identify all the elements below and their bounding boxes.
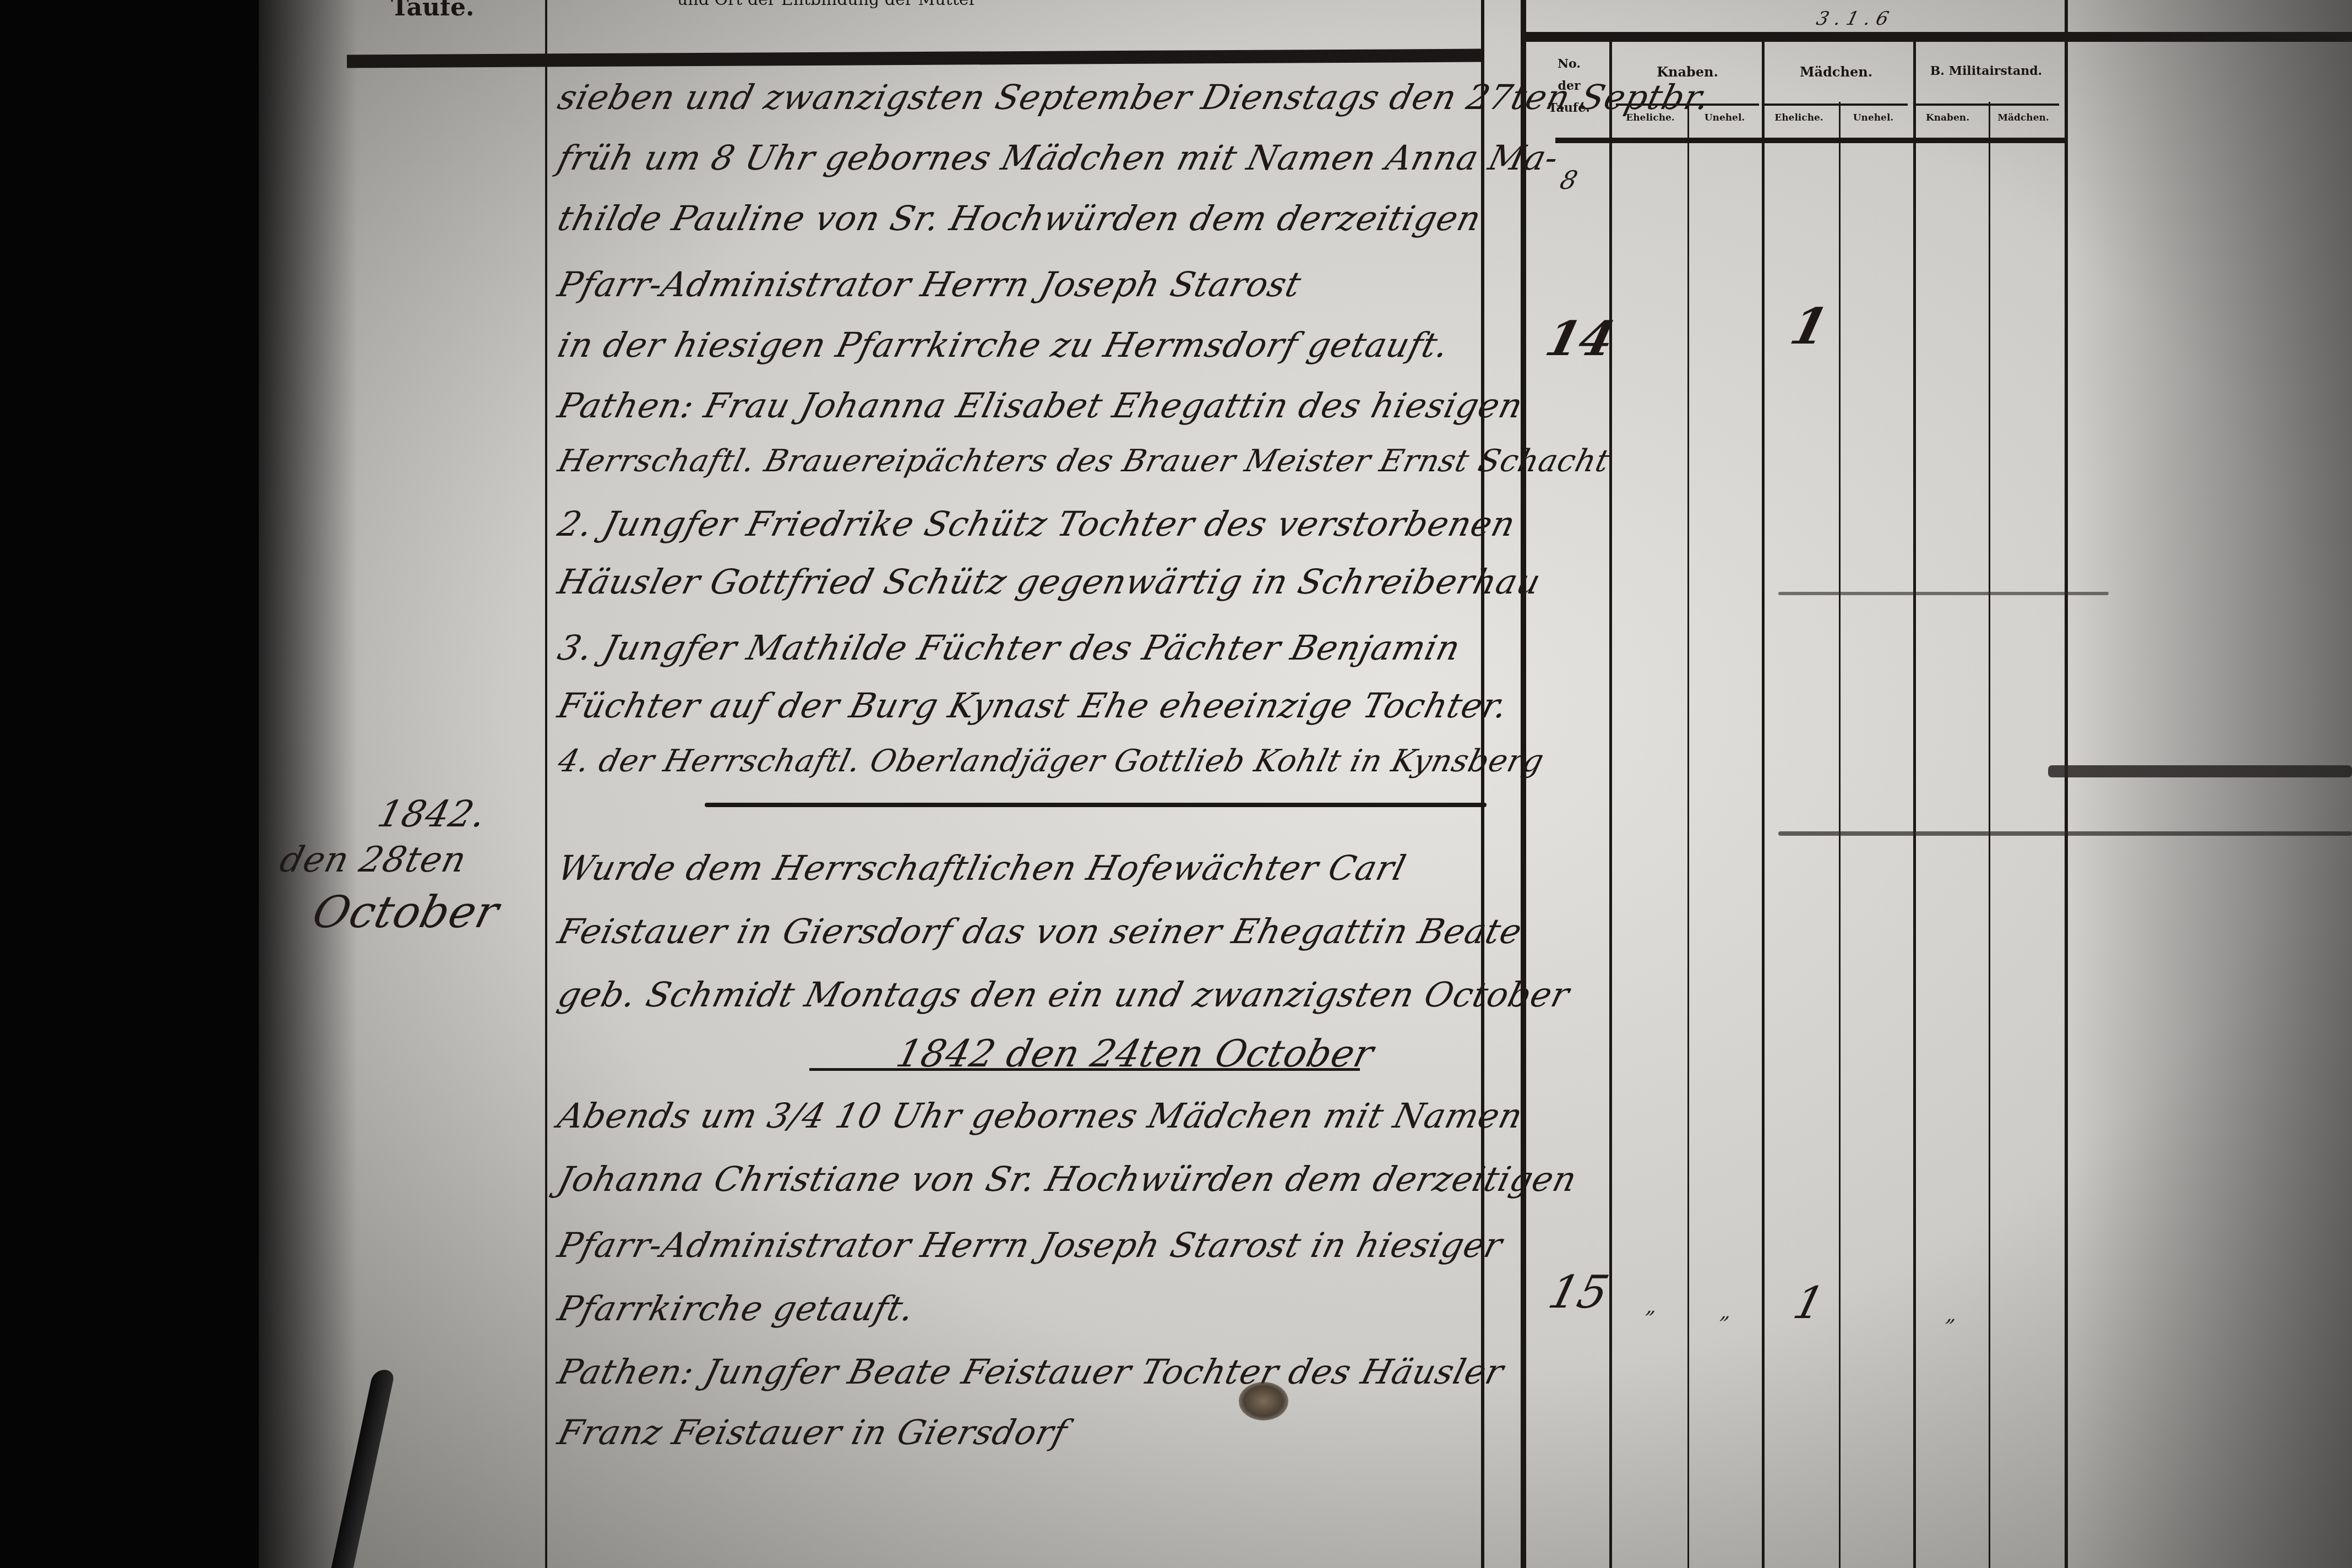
entry1-line: Häusler Gottfried Schütz gegenwärtig in … xyxy=(554,562,1545,602)
entry-separator xyxy=(705,803,1487,807)
left-margin-rule xyxy=(545,0,547,1568)
center-rule-right xyxy=(1521,0,1526,1568)
left-column-header: Taufe. xyxy=(391,0,474,21)
paper-damage-streak xyxy=(1778,592,2109,595)
table-header-bottom-rule xyxy=(1555,138,2067,143)
col-line-knaben-split xyxy=(1687,102,1689,1568)
entry1-line: Pathen: Frau Johanna Elisabet Ehegattin … xyxy=(554,385,1527,426)
entry2-line: Pfarr-Administrator Herrn Joseph Starost… xyxy=(554,1225,1507,1265)
entry2-date-underline xyxy=(809,1068,1360,1071)
group-subrule-2 xyxy=(1765,104,1908,106)
mil-knaben-label: Knaben. xyxy=(1910,112,1985,123)
col-line-knaben-end xyxy=(1762,42,1765,1568)
ink-stain xyxy=(1239,1382,1288,1420)
entry15-knaben-unehel: ” xyxy=(1715,1313,1731,1336)
entry2-line: Feistauer in Giersdorf das von seiner Eh… xyxy=(554,911,1526,951)
mil-maedchen-label: Mädchen. xyxy=(1985,112,2062,123)
entry1-line: Füchter auf der Burg Kynast Ehe eheeinzi… xyxy=(554,685,1512,726)
entry1-line: in der hiesigen Pfarrkirche zu Hermsdorf… xyxy=(554,325,1453,365)
entry1-line: früh um 8 Uhr gebornes Mädchen mit Namen… xyxy=(554,138,1563,178)
entry1-line: 2. Jungfer Friedrike Schütz Tochter des … xyxy=(554,504,1520,544)
paper-damage-streak xyxy=(2048,765,2352,777)
entry-no-15: 15 xyxy=(1543,1266,1614,1319)
entry1-line: thilde Pauline von Sr. Hochwürden dem de… xyxy=(554,198,1485,238)
col-line-no xyxy=(1609,42,1612,1568)
entry2-line: Franz Feistauer in Giersdorf xyxy=(554,1412,1072,1452)
entry1-line: Pfarr-Administrator Herrn Joseph Starost xyxy=(554,264,1306,304)
maedchen-unehel-label: Unehel. xyxy=(1836,112,1910,123)
entry15-knaben-ehel: ” xyxy=(1641,1308,1657,1330)
group-subrule-3 xyxy=(1913,104,2059,106)
entry2-day: den 28ten xyxy=(276,840,471,880)
top-right-marks: 3 . 1 . 6 xyxy=(1814,8,1891,30)
col-line-maedchen-end xyxy=(1913,42,1916,1568)
entry-no-14: 14 xyxy=(1540,311,1620,367)
entry2-line: Johanna Christiane von Sr. Hochwürden de… xyxy=(554,1159,1581,1199)
paper-damage-streak xyxy=(1778,831,2352,836)
maedchen-group-label: Mädchen. xyxy=(1762,64,1910,80)
militair-group-label: B. Militairstand. xyxy=(1910,64,2062,78)
maedchen-ehel-label: Eheliche. xyxy=(1762,112,1836,123)
entry2-line: geb. Schmidt Montags den ein und zwanzig… xyxy=(554,974,1574,1015)
entry2-line: Pfarrkirche getauft. xyxy=(554,1288,919,1329)
entry2-month: October xyxy=(307,886,504,938)
right-page-rule xyxy=(2065,0,2068,1568)
center-rule-left xyxy=(1481,0,1484,1568)
header-bottom-rule xyxy=(347,49,1481,68)
top-row-mark: 8 xyxy=(1557,165,1581,195)
entry14-maedchen-ehel: 1 xyxy=(1785,297,1834,356)
entry1-line: 3. Jungfer Mathilde Füchter des Pächter … xyxy=(554,628,1464,668)
table-header-top-rule xyxy=(1525,32,2352,42)
entry15-maedchen-ehel: 1 xyxy=(1788,1277,1829,1329)
center-header-fragment: und Ort der Entbindung der Mutter xyxy=(677,0,977,9)
entry15-mil-knaben: ” xyxy=(1941,1316,1957,1338)
entry1-line: sieben und zwanzigsten September Diensta… xyxy=(554,77,1714,117)
entry2-line: Pathen: Jungfer Beate Feistauer Tochter … xyxy=(554,1352,1508,1392)
entry2-line: Abends um 3/4 10 Uhr gebornes Mädchen mi… xyxy=(554,1096,1527,1136)
entry2-year: 1842. xyxy=(373,793,491,835)
entry2-line: Wurde dem Herrschaftlichen Hofewächter C… xyxy=(554,848,1410,888)
entry1-line: 4. der Herrschaftl. Oberlandjäger Gottli… xyxy=(554,743,1548,779)
register-page: Taufe. und Ort der Entbindung der Mutter… xyxy=(259,0,2352,1568)
entry1-line: Herrschaftl. Brauereipächters des Brauer… xyxy=(554,443,1614,479)
